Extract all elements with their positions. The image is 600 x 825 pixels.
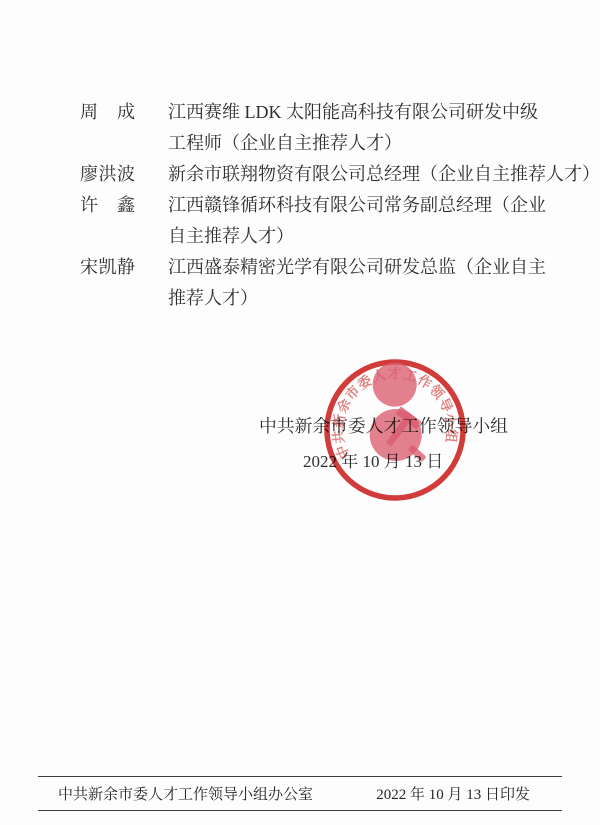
person-name: 许 鑫 [80, 190, 168, 221]
signature-date: 2022 年 10 月 13 日 [303, 447, 443, 472]
roster-entry: 廖洪波新余市联翔物资有限公司总经理（企业自主推荐人才） [80, 159, 542, 190]
roster-entry: 周 成江西赛维 LDK 太阳能高科技有限公司研发中级工程师（企业自主推荐人才） [80, 97, 542, 159]
position-line: 江西赛维 LDK 太阳能高科技有限公司研发中级 [168, 97, 542, 128]
person-position: 江西赛维 LDK 太阳能高科技有限公司研发中级工程师（企业自主推荐人才） [168, 97, 542, 159]
person-name: 宋凯静 [80, 252, 168, 283]
position-line: 新余市联翔物资有限公司总经理（企业自主推荐人才） [168, 159, 600, 190]
position-line: 自主推荐人才） [168, 221, 546, 252]
position-line: 江西赣锋循环科技有限公司常务副总经理（企业 [168, 190, 546, 221]
roster-entry: 宋凯静江西盛泰精密光学有限公司研发总监（企业自主推荐人才） [80, 252, 542, 314]
person-position: 江西赣锋循环科技有限公司常务副总经理（企业自主推荐人才） [168, 190, 546, 252]
position-line: 江西盛泰精密光学有限公司研发总监（企业自主 [168, 252, 546, 283]
colophon: 中共新余市委人才工作领导小组办公室 2022 年 10 月 13 日印发 [38, 776, 562, 811]
document-page: 周 成江西赛维 LDK 太阳能高科技有限公司研发中级工程师（企业自主推荐人才）廖… [0, 0, 600, 825]
person-position: 新余市联翔物资有限公司总经理（企业自主推荐人才） [168, 159, 600, 190]
talent-roster: 周 成江西赛维 LDK 太阳能高科技有限公司研发中级工程师（企业自主推荐人才）廖… [80, 97, 542, 314]
roster-entry: 许 鑫江西赣锋循环科技有限公司常务副总经理（企业自主推荐人才） [80, 190, 542, 252]
position-line: 推荐人才） [168, 283, 546, 314]
person-name: 周 成 [80, 97, 168, 128]
colophon-print-date: 2022 年 10 月 13 日印发 [376, 783, 530, 804]
signature-organization: 中共新余市委人才工作领导小组 [259, 413, 508, 438]
position-line: 工程师（企业自主推荐人才） [168, 128, 542, 159]
person-position: 江西盛泰精密光学有限公司研发总监（企业自主推荐人才） [168, 252, 546, 314]
person-name: 廖洪波 [80, 159, 168, 190]
colophon-issuer: 中共新余市委人才工作领导小组办公室 [58, 783, 313, 804]
